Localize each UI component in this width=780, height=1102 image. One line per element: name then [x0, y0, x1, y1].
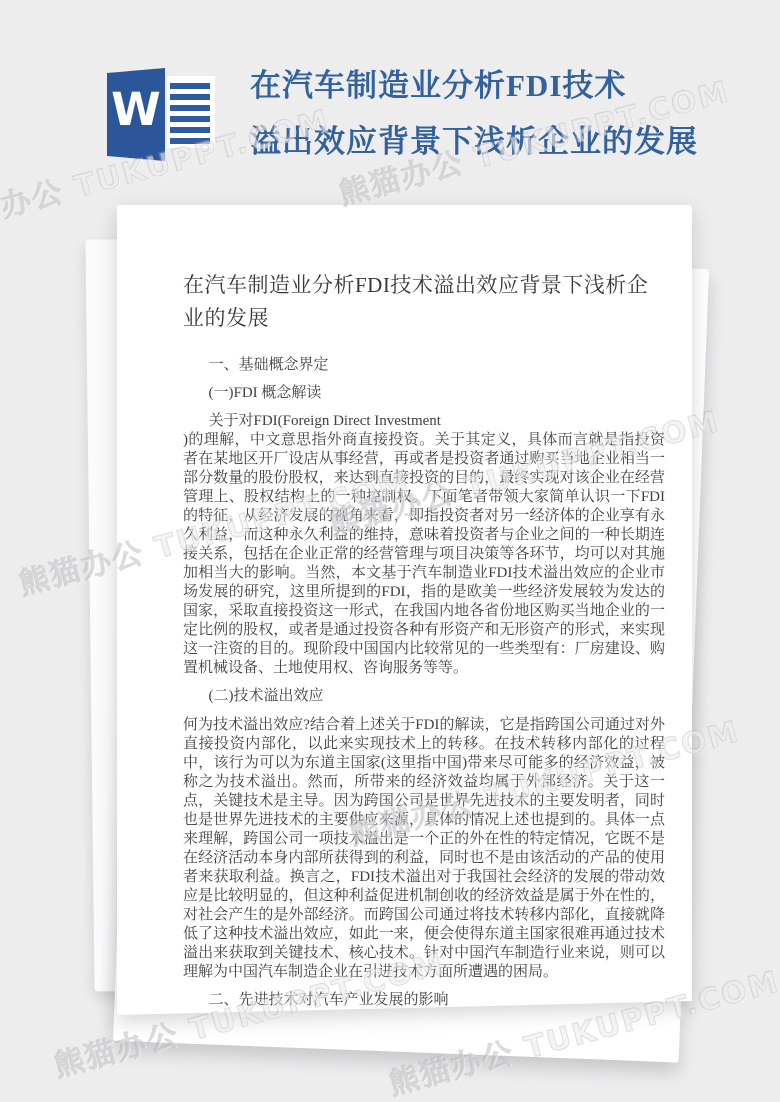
header-title-line-2: 溢出效应背景下浅析企业的发展 — [250, 114, 720, 170]
doc-paragraph: )的理解，中文意思指外商直接投资。关于其定义，具体而言就是指投资者在某地区开厂设… — [183, 431, 665, 678]
doc-heading: (二)技术溢出效应 — [183, 687, 665, 706]
doc-heading: 二、先进技术对汽车产业发展的影响 — [183, 991, 665, 1010]
document-preview-screen: W 在汽车制造业分析FDI技术 溢出效应背景下浅析企业的发展 在汽车制造业分析F… — [0, 0, 780, 1102]
doc-title: 在汽车制造业分析FDI技术溢出效应背景下浅析企业的发展 — [183, 269, 665, 335]
doc-heading: 一、基础概念界定 — [183, 356, 665, 375]
doc-paragraph: 关于对FDI(Foreign Direct Investment — [183, 412, 665, 431]
doc-heading: (一)FDI 概念解读 — [183, 384, 665, 403]
header-title: 在汽车制造业分析FDI技术 溢出效应背景下浅析企业的发展 — [250, 58, 720, 170]
word-icon: W — [104, 64, 219, 168]
header-title-line-1: 在汽车制造业分析FDI技术 — [250, 58, 720, 114]
document-page-wrap: 在汽车制造业分析FDI技术溢出效应背景下浅析企业的发展 一、基础概念界定(一)F… — [117, 205, 692, 1015]
word-icon-graphic: W — [104, 64, 219, 168]
doc-body: 一、基础概念界定(一)FDI 概念解读关于对FDI(Foreign Direct… — [183, 356, 665, 1010]
doc-paragraph: 何为技术溢出效应?结合着上述关于FDI的解读，它是指跨国公司通过对外直接投资内部… — [183, 716, 665, 982]
document-page: 在汽车制造业分析FDI技术溢出效应背景下浅析企业的发展 一、基础概念界定(一)F… — [117, 205, 692, 1015]
word-icon-letter: W — [111, 83, 161, 136]
